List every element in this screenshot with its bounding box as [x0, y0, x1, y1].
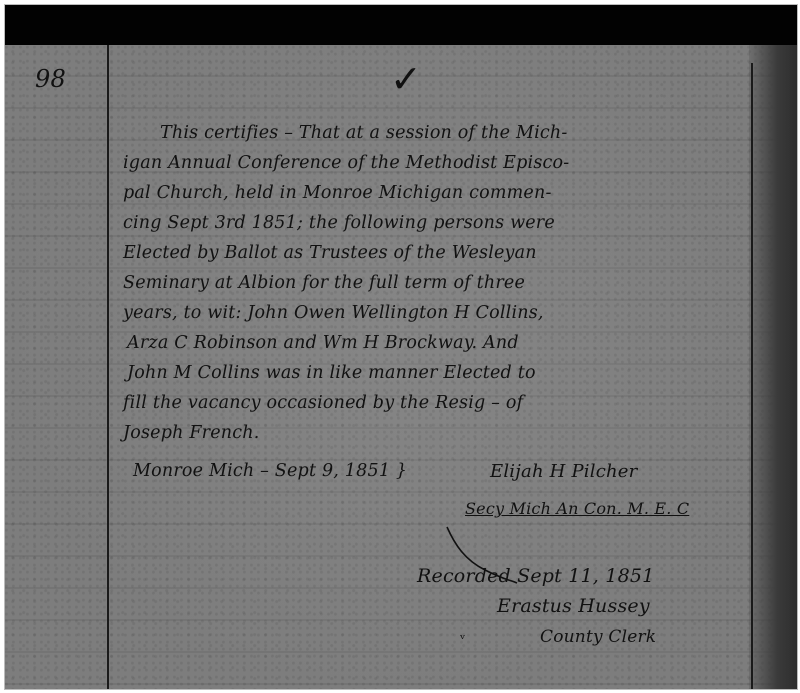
- body-line-4: cing Sept 3rd 1851; the following person…: [123, 213, 555, 233]
- body-line-9: John M Collins was in like manner Electe…: [127, 363, 536, 383]
- signer-name: Elijah H Pilcher: [490, 461, 637, 482]
- scan-top-shadow: [5, 5, 797, 45]
- scan-right-shadow: [749, 45, 797, 690]
- place-date-line: Monroe Mich – Sept 9, 1851 }: [133, 461, 407, 481]
- right-margin-rule: [751, 63, 753, 690]
- left-margin-rule: [107, 45, 109, 690]
- body-line-1: This certifies – That at a session of th…: [160, 123, 567, 143]
- body-line-5: Elected by Ballot as Trustees of the Wes…: [123, 243, 537, 263]
- signer-title: Secy Mich An Con. M. E. C: [465, 499, 689, 518]
- body-line-6: Seminary at Albion for the full term of …: [123, 273, 525, 293]
- body-line-7: years, to wit: John Owen Wellington H Co…: [123, 303, 544, 323]
- checkmark-icon: ✓: [390, 57, 422, 101]
- ink-mark-icon: ᵥ: [460, 627, 465, 643]
- clerk-title: County Clerk: [540, 627, 656, 647]
- page-number: 98: [35, 65, 66, 93]
- body-line-2: igan Annual Conference of the Methodist …: [123, 153, 569, 173]
- clerk-name: Erastus Hussey: [497, 595, 650, 617]
- document-scan: 98 ✓ This certifies – That at a session …: [4, 4, 798, 690]
- body-line-8: Arza C Robinson and Wm H Brockway. And: [127, 333, 519, 353]
- body-line-10: fill the vacancy occasioned by the Resig…: [123, 393, 523, 413]
- body-line-11: Joseph French.: [123, 423, 260, 443]
- recorded-date: Recorded Sept 11, 1851: [417, 565, 654, 587]
- body-line-3: pal Church, held in Monroe Michigan comm…: [123, 183, 552, 203]
